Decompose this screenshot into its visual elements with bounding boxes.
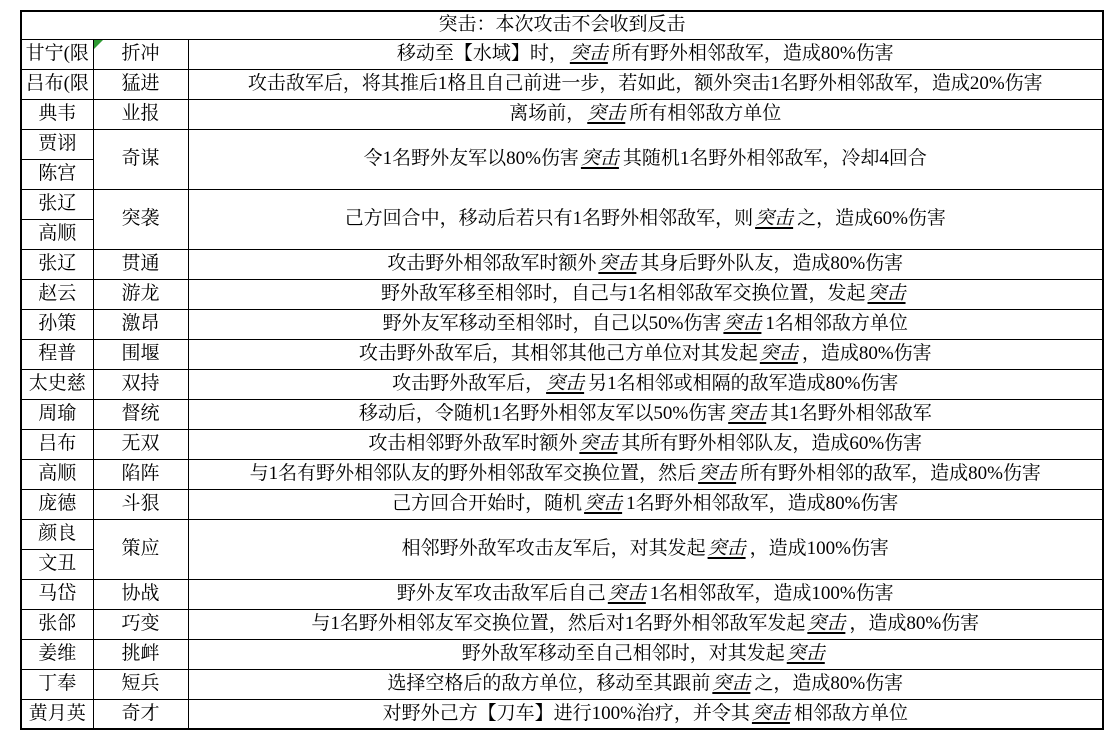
skill-desc-cell: 野外敌军移动至自己相邻时，对其发起突击 bbox=[188, 639, 1103, 669]
hero-name-cell: 程普 bbox=[21, 339, 93, 369]
assault-term: 突击 bbox=[587, 103, 625, 124]
hero-name-cell: 姜维 bbox=[21, 639, 93, 669]
skill-desc-cell: 令1名野外友军以80%伤害突击其随机1名野外相邻敌军，冷却4回合 bbox=[188, 129, 1103, 189]
skill-desc-cell: 攻击野外敌军后，其相邻其他己方单位对其发起突击，造成80%伤害 bbox=[188, 339, 1103, 369]
table-row: 孙策激昂野外友军移动至相邻时，自己以50%伤害突击1名相邻敌方单位 bbox=[21, 309, 1103, 339]
assault-term: 突击 bbox=[708, 538, 746, 559]
hero-name-cell: 张辽 bbox=[21, 189, 93, 219]
hero-name-cell: 吕布 bbox=[21, 429, 93, 459]
table-row: 张辽突袭己方回合中，移动后若只有1名野外相邻敌军，则突击之，造成60%伤害 bbox=[21, 189, 1103, 219]
skill-name-cell: 协战 bbox=[93, 579, 188, 609]
skill-desc-cell: 与1名野外相邻友军交换位置，然后对1名野外相邻敌军发起突击，造成80%伤害 bbox=[188, 609, 1103, 639]
skill-name-cell: 猛进 bbox=[93, 69, 188, 99]
skill-desc-cell: 相邻野外敌军攻击友军后，对其发起突击，造成100%伤害 bbox=[188, 519, 1103, 579]
hero-name-cell: 贾诩 bbox=[21, 129, 93, 159]
skill-name-cell: 斗狠 bbox=[93, 489, 188, 519]
assault-term: 突击 bbox=[698, 463, 736, 484]
skill-desc-cell: 野外敌军移至相邻时，自己与1名相邻敌军交换位置，发起突击 bbox=[188, 279, 1103, 309]
table-row: 典韦业报离场前，突击所有相邻敌方单位 bbox=[21, 99, 1103, 129]
table-row: 赵云游龙野外敌军移至相邻时，自己与1名相邻敌军交换位置，发起突击 bbox=[21, 279, 1103, 309]
hero-name-cell: 庞德 bbox=[21, 489, 93, 519]
skill-name-cell: 突袭 bbox=[93, 189, 188, 249]
skill-desc-cell: 攻击野外敌军后，突击另1名相邻或相隔的敌军造成80%伤害 bbox=[188, 369, 1103, 399]
table-row: 高顺陷阵与1名有野外相邻队友的野外相邻敌军交换位置，然后突击所有野外相邻的敌军，… bbox=[21, 459, 1103, 489]
table-title: 突击：本次攻击不会收到反击 bbox=[21, 11, 1103, 39]
skill-table: 突击：本次攻击不会收到反击 甘宁(限折冲移动至【水域】时，突击所有野外相邻敌军，… bbox=[20, 10, 1104, 730]
skill-name-cell: 策应 bbox=[93, 519, 188, 579]
skill-desc-cell: 移动至【水域】时，突击所有野外相邻敌军，造成80%伤害 bbox=[188, 39, 1103, 69]
hero-name-cell: 文丑 bbox=[21, 549, 93, 579]
hero-name-cell: 张辽 bbox=[21, 249, 93, 279]
table-row: 马岱协战野外友军攻击敌军后自己突击1名相邻敌军，造成100%伤害 bbox=[21, 579, 1103, 609]
assault-term: 突击 bbox=[608, 583, 646, 604]
skill-name-cell: 折冲 bbox=[93, 39, 188, 69]
skill-name-cell: 巧变 bbox=[93, 609, 188, 639]
table-row: 太史慈双持攻击野外敌军后，突击另1名相邻或相隔的敌军造成80%伤害 bbox=[21, 369, 1103, 399]
table-row: 张郃巧变与1名野外相邻友军交换位置，然后对1名野外相邻敌军发起突击，造成80%伤… bbox=[21, 609, 1103, 639]
hero-name-cell: 张郃 bbox=[21, 609, 93, 639]
table-row: 周瑜督统移动后，令随机1名野外相邻友军以50%伤害突击其1名野外相邻敌军 bbox=[21, 399, 1103, 429]
skill-name-cell: 业报 bbox=[93, 99, 188, 129]
skill-desc-cell: 对野外己方【刀车】进行100%治疗，并令其突击相邻敌方单位 bbox=[188, 699, 1103, 729]
skill-name-cell: 短兵 bbox=[93, 669, 188, 699]
assault-term: 突击 bbox=[728, 403, 766, 424]
skill-desc-cell: 野外友军攻击敌军后自己突击1名相邻敌军，造成100%伤害 bbox=[188, 579, 1103, 609]
table-row: 吕布无双攻击相邻野外敌军时额外突击其所有野外相邻队友，造成60%伤害 bbox=[21, 429, 1103, 459]
assault-term: 突击 bbox=[712, 673, 750, 694]
table-row: 庞德斗狠己方回合开始时，随机突击1名野外相邻敌军，造成80%伤害 bbox=[21, 489, 1103, 519]
hero-name-cell: 陈宫 bbox=[21, 159, 93, 189]
hero-name-cell: 太史慈 bbox=[21, 369, 93, 399]
assault-term: 突击 bbox=[755, 208, 793, 229]
hero-name-cell: 黄月英 bbox=[21, 699, 93, 729]
table-row: 黄月英奇才对野外己方【刀车】进行100%治疗，并令其突击相邻敌方单位 bbox=[21, 699, 1103, 729]
skill-name-cell: 贯通 bbox=[93, 249, 188, 279]
skill-name-cell: 双持 bbox=[93, 369, 188, 399]
assault-term: 突击 bbox=[581, 148, 619, 169]
green-corner-flag-icon bbox=[94, 40, 103, 49]
table-row: 颜良策应相邻野外敌军攻击友军后，对其发起突击，造成100%伤害 bbox=[21, 519, 1103, 549]
table-row: 张辽贯通攻击野外相邻敌军时额外突击其身后野外队友，造成80%伤害 bbox=[21, 249, 1103, 279]
skill-name-cell: 奇才 bbox=[93, 699, 188, 729]
table-header-row: 突击：本次攻击不会收到反击 bbox=[21, 11, 1103, 39]
skill-name-cell: 奇谋 bbox=[93, 129, 188, 189]
skill-name-cell: 围堰 bbox=[93, 339, 188, 369]
table-row: 贾诩奇谋令1名野外友军以80%伤害突击其随机1名野外相邻敌军，冷却4回合 bbox=[21, 129, 1103, 159]
skill-desc-cell: 攻击相邻野外敌军时额外突击其所有野外相邻队友，造成60%伤害 bbox=[188, 429, 1103, 459]
skill-desc-cell: 攻击敌军后，将其推后1格且自己前进一步，若如此，额外突击1名野外相邻敌军，造成2… bbox=[188, 69, 1103, 99]
assault-term: 突击 bbox=[752, 703, 790, 724]
hero-name-cell: 孙策 bbox=[21, 309, 93, 339]
hero-name-cell: 丁奉 bbox=[21, 669, 93, 699]
table-row: 程普围堰攻击野外敌军后，其相邻其他己方单位对其发起突击，造成80%伤害 bbox=[21, 339, 1103, 369]
hero-name-cell: 典韦 bbox=[21, 99, 93, 129]
hero-name-cell: 甘宁(限 bbox=[21, 39, 93, 69]
skill-desc-cell: 与1名有野外相邻队友的野外相邻敌军交换位置，然后突击所有野外相邻的敌军，造成80… bbox=[188, 459, 1103, 489]
hero-name-cell: 高顺 bbox=[21, 459, 93, 489]
hero-name-cell: 颜良 bbox=[21, 519, 93, 549]
hero-name-cell: 吕布(限 bbox=[21, 69, 93, 99]
assault-term: 突击 bbox=[584, 493, 622, 514]
skill-desc-cell: 攻击野外相邻敌军时额外突击其身后野外队友，造成80%伤害 bbox=[188, 249, 1103, 279]
skill-desc-cell: 选择空格后的敌方单位，移动至其跟前突击之，造成80%伤害 bbox=[188, 669, 1103, 699]
table-row: 吕布(限猛进攻击敌军后，将其推后1格且自己前进一步，若如此，额外突击1名野外相邻… bbox=[21, 69, 1103, 99]
assault-term: 突击 bbox=[807, 613, 845, 634]
assault-term: 突击 bbox=[598, 253, 636, 274]
skill-table-body: 突击：本次攻击不会收到反击 甘宁(限折冲移动至【水域】时，突击所有野外相邻敌军，… bbox=[21, 11, 1103, 729]
assault-term: 突击 bbox=[570, 43, 608, 64]
skill-name-cell: 陷阵 bbox=[93, 459, 188, 489]
skill-name-cell: 激昂 bbox=[93, 309, 188, 339]
hero-name-cell: 马岱 bbox=[21, 579, 93, 609]
hero-name-cell: 周瑜 bbox=[21, 399, 93, 429]
assault-term: 突击 bbox=[868, 283, 906, 304]
skill-desc-cell: 己方回合中，移动后若只有1名野外相邻敌军，则突击之，造成60%伤害 bbox=[188, 189, 1103, 249]
assault-term: 突击 bbox=[723, 313, 761, 334]
assault-term: 突击 bbox=[579, 433, 617, 454]
assault-term: 突击 bbox=[546, 373, 584, 394]
skill-name-cell: 游龙 bbox=[93, 279, 188, 309]
skill-desc-cell: 移动后，令随机1名野外相邻友军以50%伤害突击其1名野外相邻敌军 bbox=[188, 399, 1103, 429]
skill-desc-cell: 己方回合开始时，随机突击1名野外相邻敌军，造成80%伤害 bbox=[188, 489, 1103, 519]
skill-desc-cell: 离场前，突击所有相邻敌方单位 bbox=[188, 99, 1103, 129]
assault-term: 突击 bbox=[760, 343, 798, 364]
table-row: 丁奉短兵选择空格后的敌方单位，移动至其跟前突击之，造成80%伤害 bbox=[21, 669, 1103, 699]
skill-desc-cell: 野外友军移动至相邻时，自己以50%伤害突击1名相邻敌方单位 bbox=[188, 309, 1103, 339]
hero-name-cell: 高顺 bbox=[21, 219, 93, 249]
assault-term: 突击 bbox=[787, 643, 825, 664]
skill-name-cell: 挑衅 bbox=[93, 639, 188, 669]
table-row: 姜维挑衅野外敌军移动至自己相邻时，对其发起突击 bbox=[21, 639, 1103, 669]
skill-name-cell: 无双 bbox=[93, 429, 188, 459]
skill-name-cell: 督统 bbox=[93, 399, 188, 429]
table-row: 甘宁(限折冲移动至【水域】时，突击所有野外相邻敌军，造成80%伤害 bbox=[21, 39, 1103, 69]
hero-name-cell: 赵云 bbox=[21, 279, 93, 309]
